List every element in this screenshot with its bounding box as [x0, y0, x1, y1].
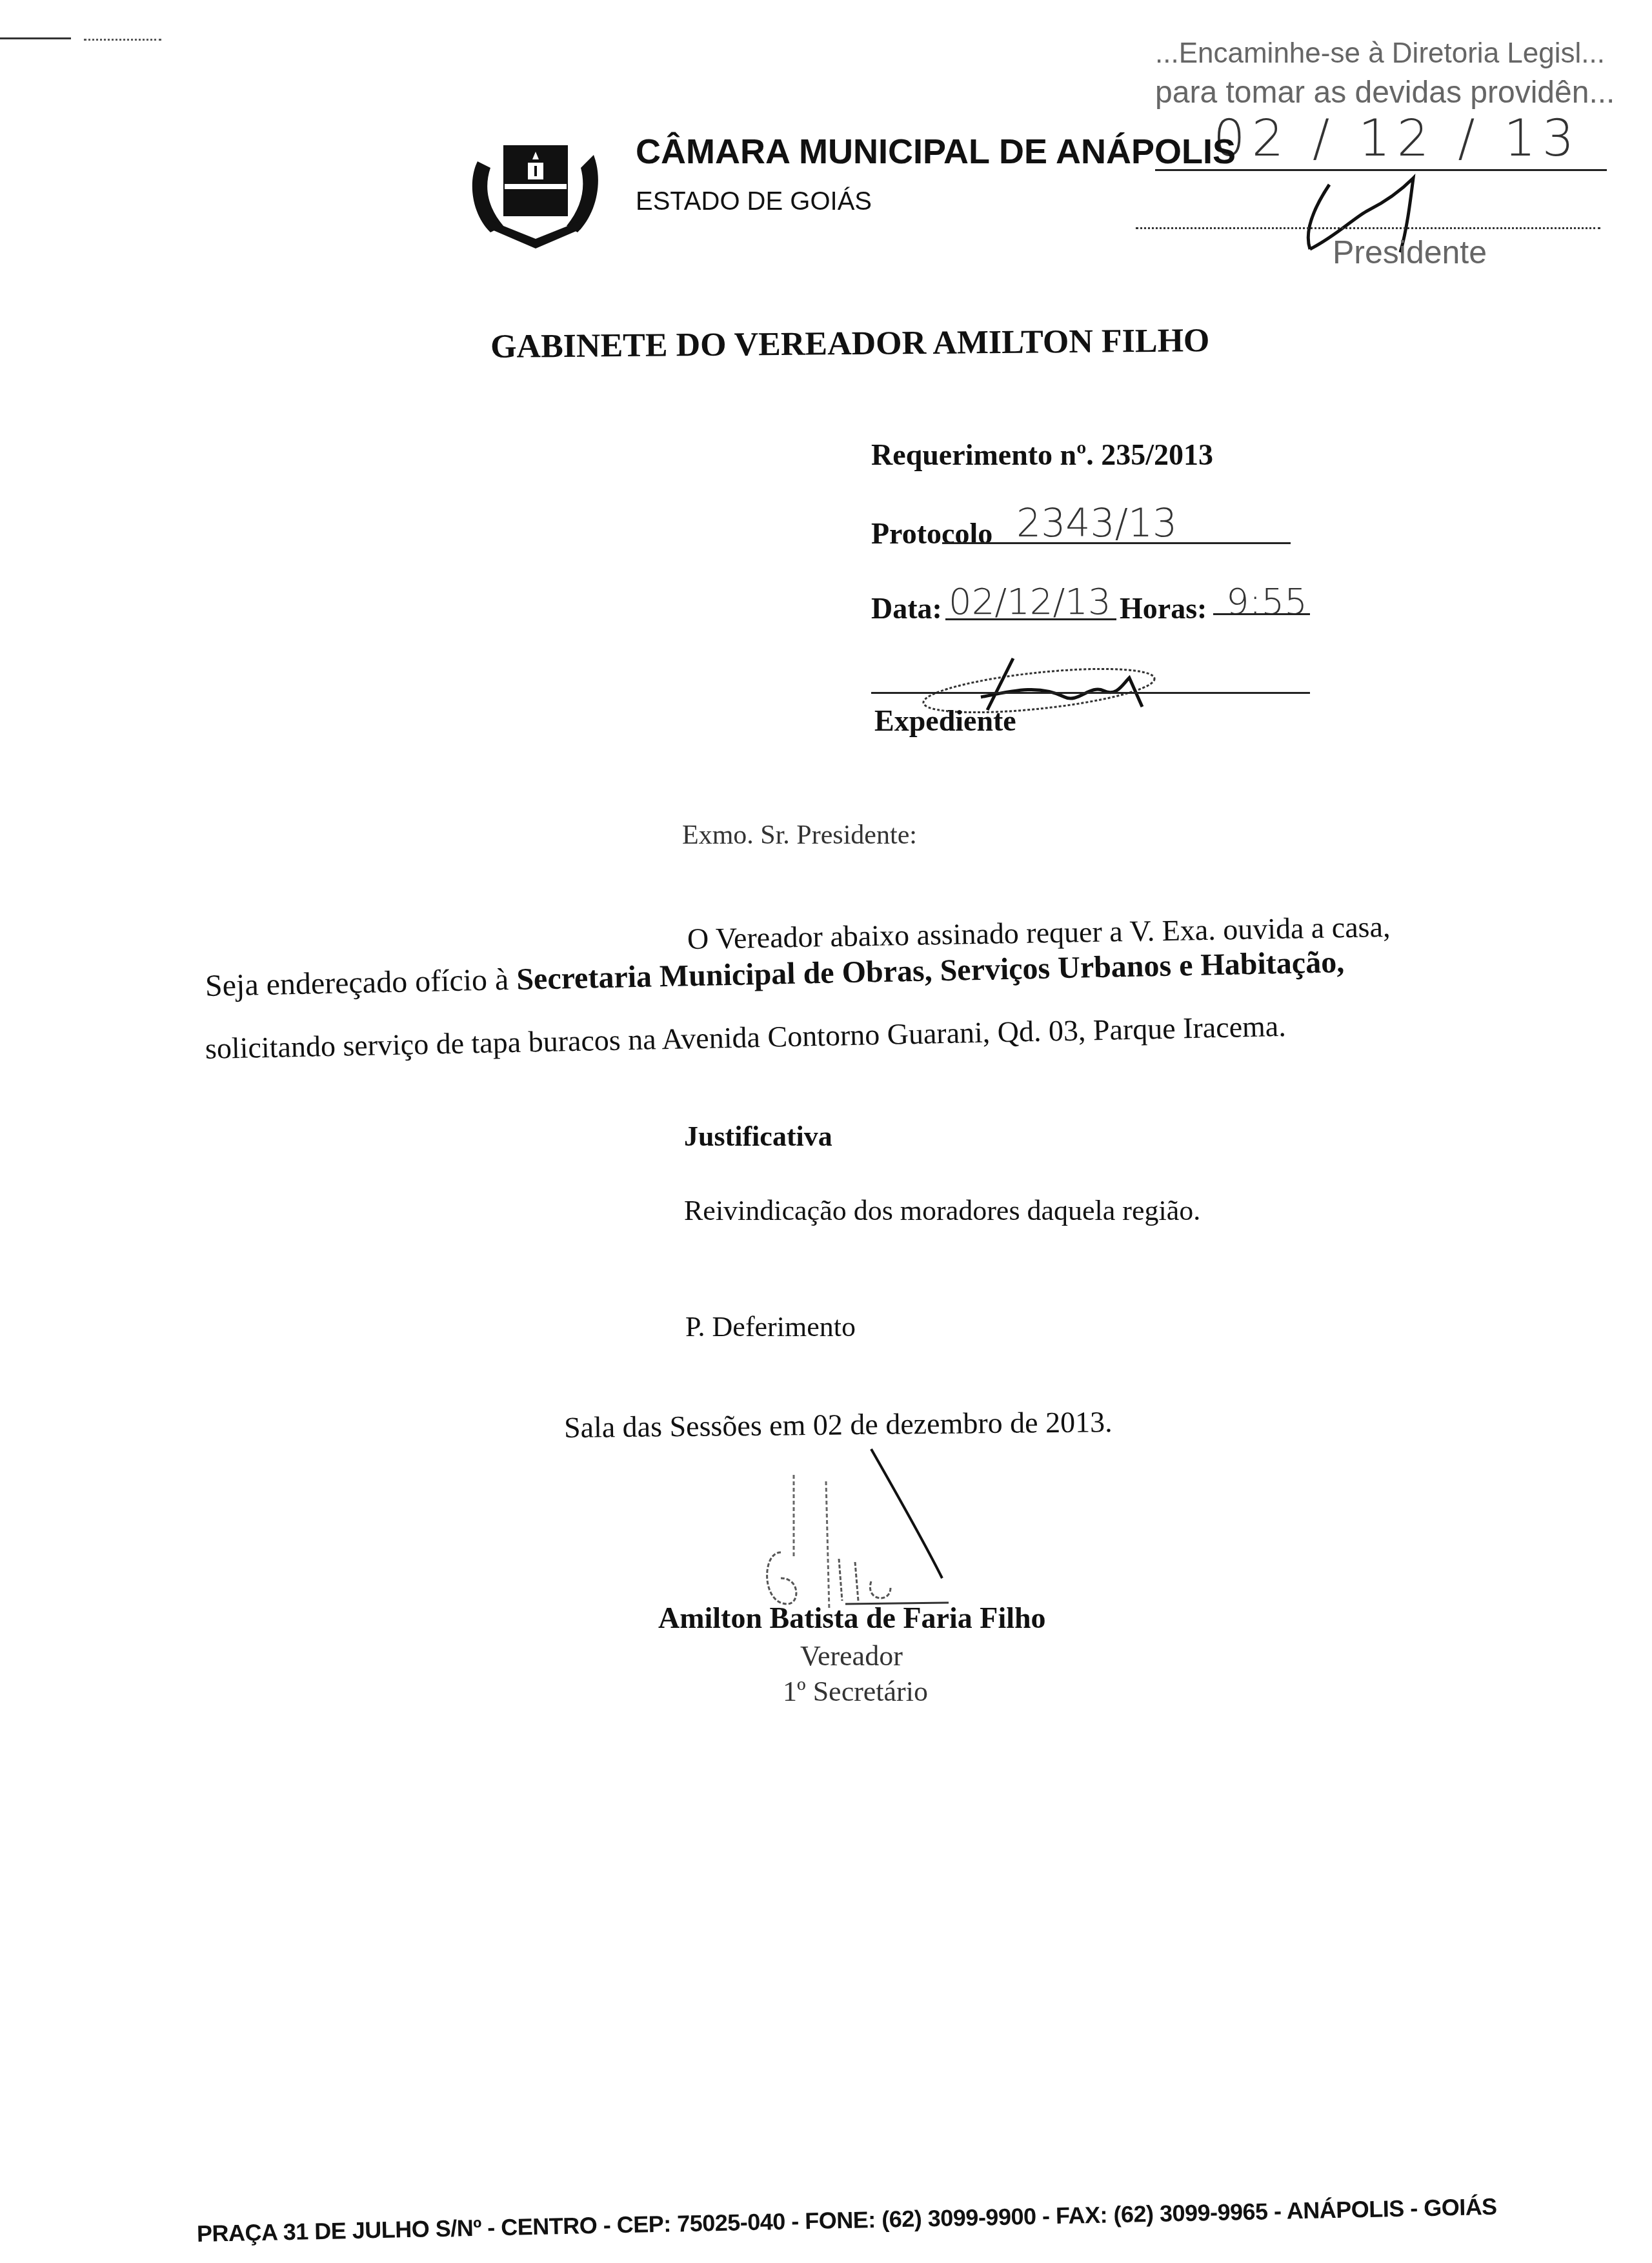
justification-title: Justificativa: [684, 1120, 832, 1153]
dispatch-stamp-line-2: para tomar as devidas providên...: [1155, 75, 1615, 110]
stamp-president-label: Presidente: [1333, 234, 1487, 271]
expediente-label: Expediente: [874, 704, 1016, 738]
scan-artifact-dots: [84, 39, 161, 41]
signer-title: 1º Secretário: [783, 1675, 928, 1708]
org-state: ESTADO DE GOIÁS: [636, 187, 872, 216]
closing: P. Deferimento: [685, 1310, 856, 1343]
signer-role: Vereador: [800, 1639, 903, 1672]
hours-line: [1213, 613, 1310, 615]
dispatch-stamp-date: 02 / 12 / 13: [1213, 110, 1581, 168]
hours-label: Horas:: [1120, 591, 1207, 625]
org-name: CÂMARA MUNICIPAL DE ANÁPOLIS: [636, 132, 1236, 172]
body-line-3: solicitando serviço de tapa buracos na A…: [205, 1009, 1286, 1066]
recipient-department: Secretaria Municipal de Obras, Serviços …: [516, 945, 1345, 997]
session-date: Sala das Sessões em 02 de dezembro de 20…: [564, 1405, 1113, 1445]
request-number: Requerimento nº. 235/2013: [871, 438, 1213, 472]
coat-of-arms-icon: [465, 123, 607, 252]
signer-name: Amilton Batista de Faria Filho: [658, 1601, 1046, 1635]
date-line: [945, 618, 1116, 620]
stamp-signature-line: [1136, 227, 1600, 229]
date-label: Data:: [871, 591, 942, 625]
scan-artifact-line: [0, 37, 71, 39]
cabinet-title: GABINETE DO VEREADOR AMILTON FILHO: [490, 321, 1210, 366]
dispatch-stamp-line-1: ...Encaminhe-se à Diretoria Legisl...: [1155, 37, 1605, 70]
protocol-value: 2343/13: [1016, 501, 1177, 546]
expediente-signature-line: [871, 692, 1310, 694]
footer-address: PRAÇA 31 DE JULHO S/Nº - CENTRO - CEP: 7…: [197, 2193, 1498, 2248]
salutation: Exmo. Sr. Presidente:: [682, 820, 917, 851]
protocol-label: Protocolo: [871, 516, 992, 551]
justification-text: Reivindicação dos moradores daquela regi…: [684, 1194, 1200, 1227]
hours-value: 9:55: [1226, 581, 1307, 623]
date-value: 02/12/13: [949, 581, 1111, 623]
body-line-2-prefix: Seja endereçado ofício à: [205, 962, 516, 1003]
